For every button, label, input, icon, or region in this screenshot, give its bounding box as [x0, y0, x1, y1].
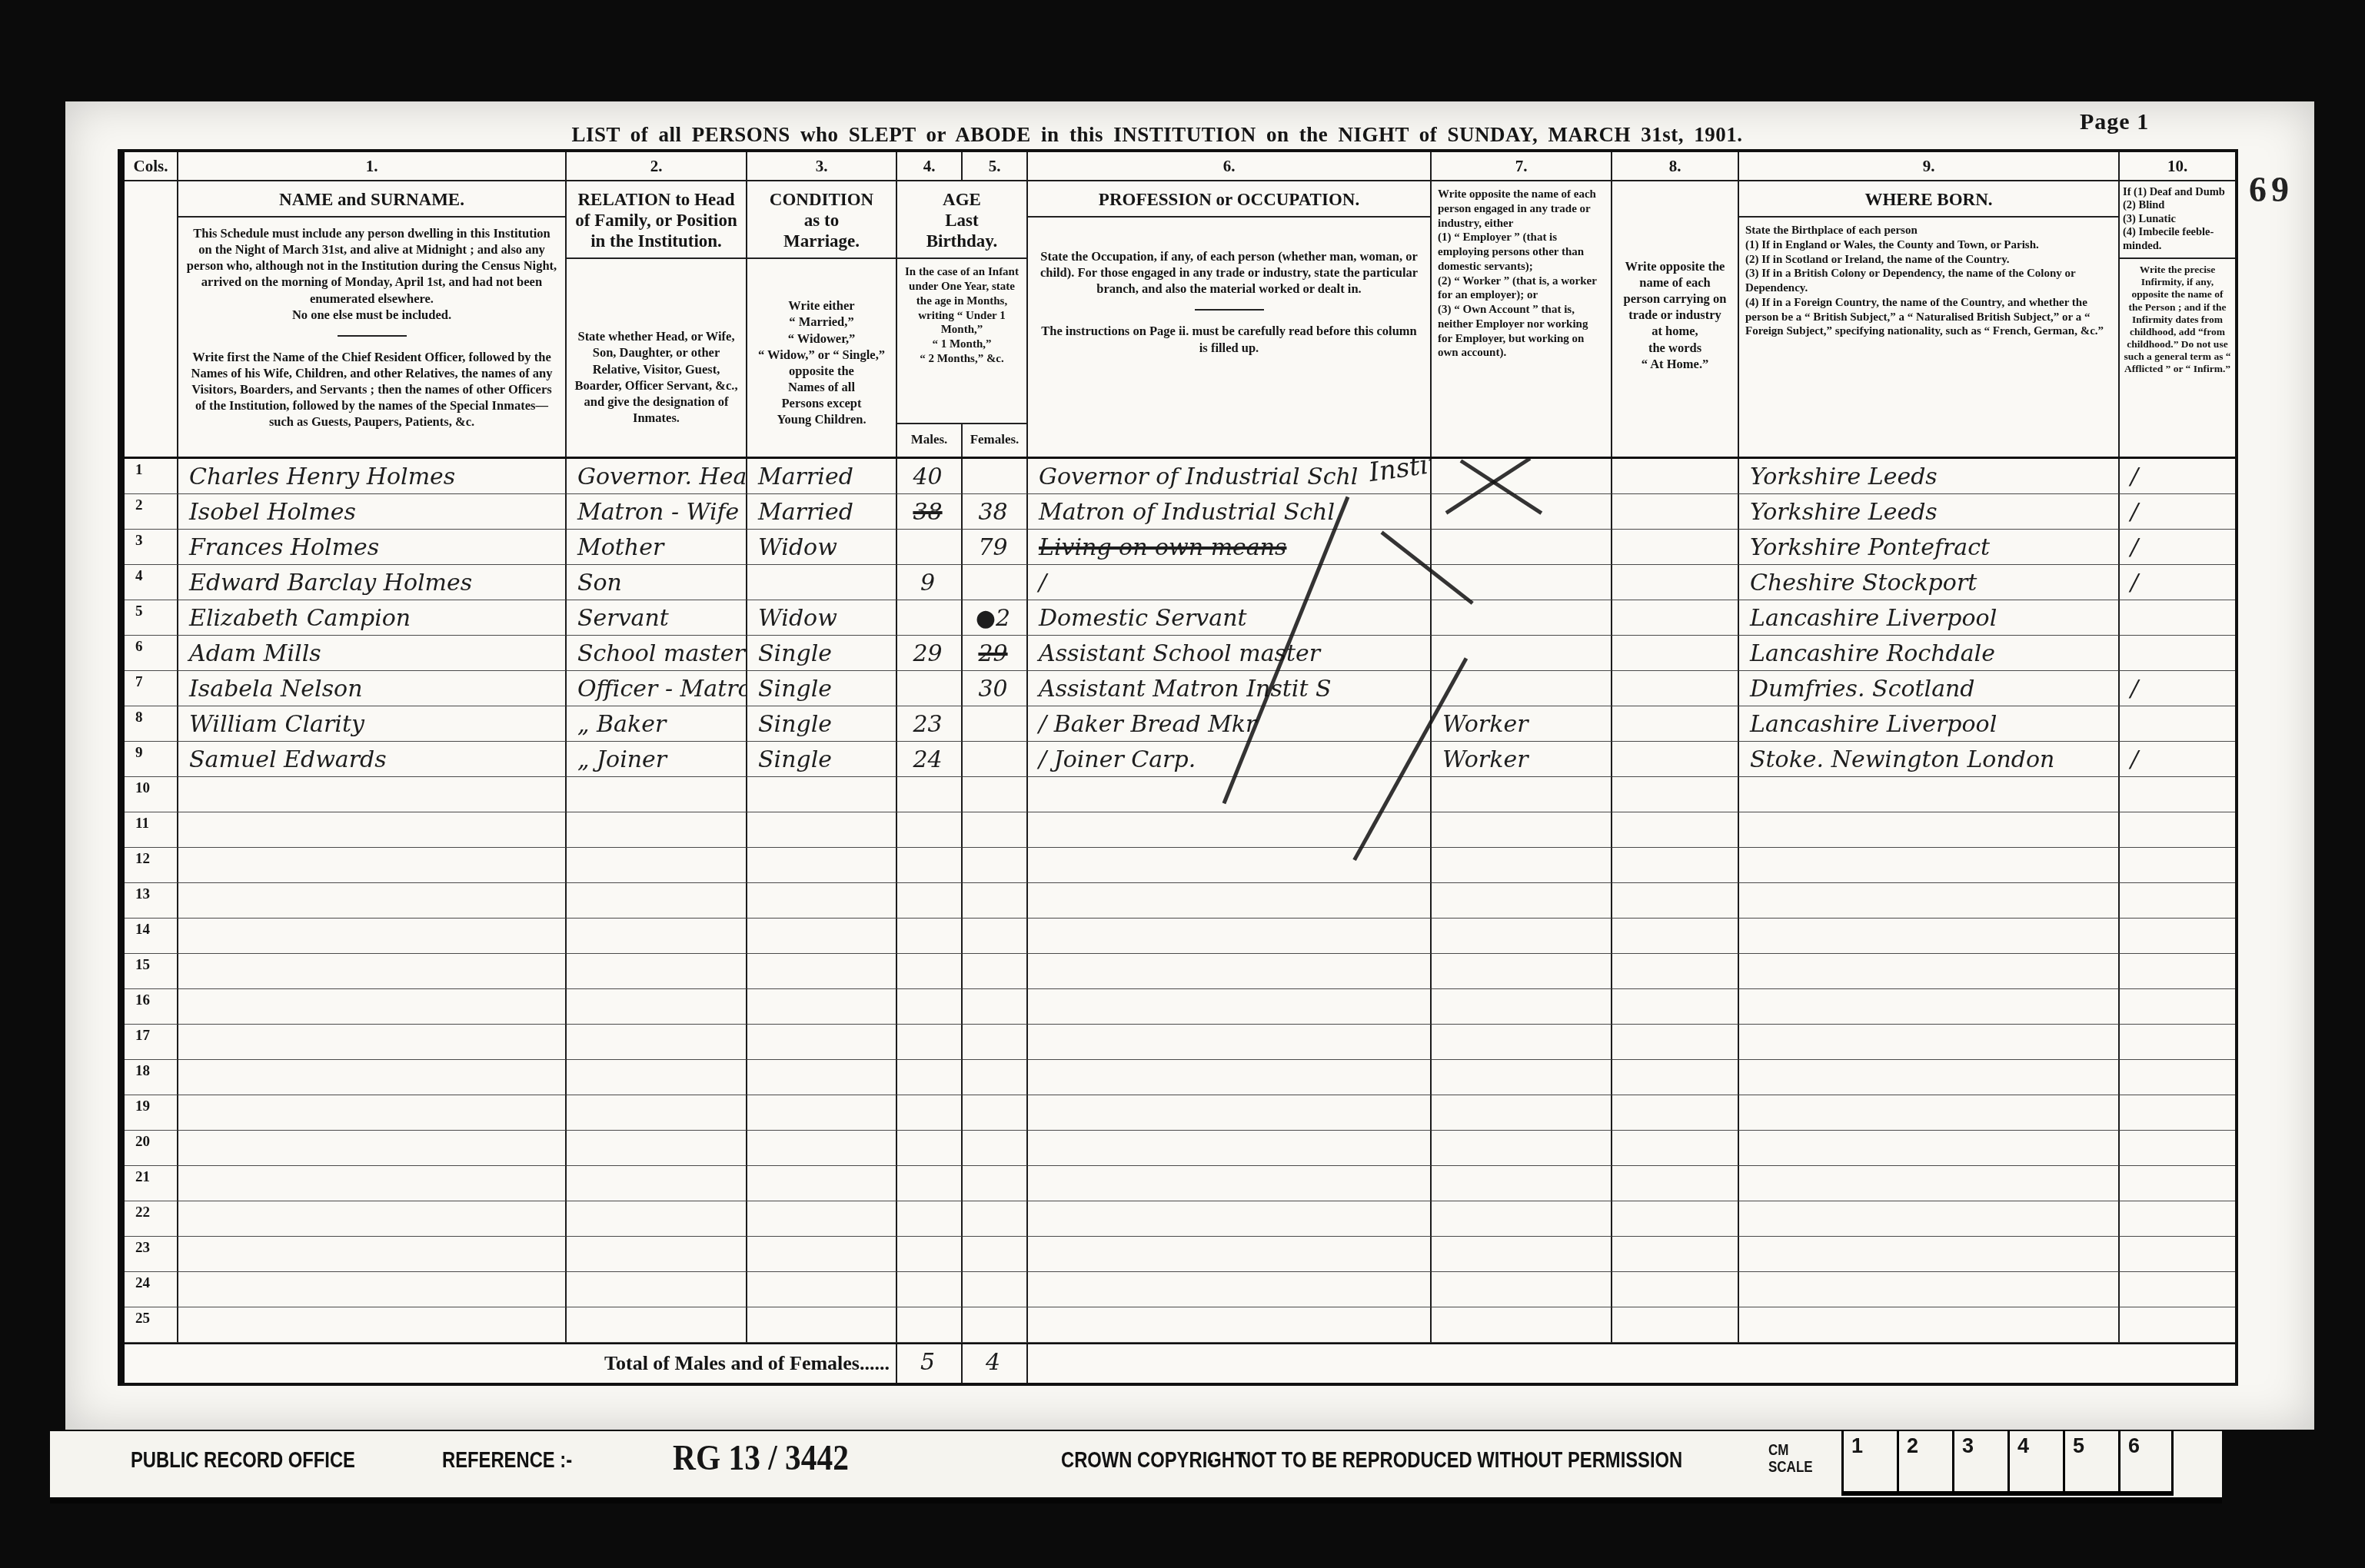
- employer-worker-cell: [1432, 636, 1612, 671]
- col-num-5: 5.: [963, 152, 1028, 180]
- at-home-cell: [1612, 636, 1739, 671]
- age-females-cell: [963, 812, 1028, 848]
- condition-cell: [747, 812, 897, 848]
- table-row: 7 Isabela Nelson Officer - Matron Single…: [125, 671, 2235, 706]
- where-born-cell: Cheshire Stockport: [1739, 565, 2120, 600]
- at-home-cell: [1612, 848, 1739, 883]
- age-males-cell: [897, 1025, 963, 1060]
- header-employer-worker: Write opposite the name of each person e…: [1432, 181, 1612, 457]
- row-number: 6: [125, 636, 178, 671]
- ruler-tick: 4: [2007, 1431, 2063, 1491]
- header-at-home: Write opposite the name of each person c…: [1612, 181, 1739, 457]
- infirmity-cell: [2120, 1237, 2235, 1272]
- header-where-born-instructions: State the Birthplace of each person (1) …: [1739, 218, 2118, 345]
- name-cell: [178, 848, 567, 883]
- relation-cell: Governor. Head: [567, 459, 747, 494]
- col-num-10: 10.: [2120, 152, 2235, 180]
- employer-worker-cell: [1432, 883, 1612, 919]
- relation-cell: [567, 1025, 747, 1060]
- relation-cell: [567, 1237, 747, 1272]
- where-born-cell: [1739, 1307, 2120, 1343]
- employer-worker-cell: [1432, 1025, 1612, 1060]
- age-females-cell: [963, 565, 1028, 600]
- employer-worker-cell: [1432, 989, 1612, 1025]
- condition-cell: [747, 777, 897, 812]
- at-home-cell: [1612, 565, 1739, 600]
- infirmity-cell: /: [2120, 494, 2235, 530]
- occupation-cell: [1028, 1095, 1432, 1131]
- infirmity-cell: [2120, 812, 2235, 848]
- row-number: 16: [125, 989, 178, 1025]
- employer-worker-cell: [1432, 1166, 1612, 1201]
- relation-cell: „ Joiner: [567, 742, 747, 777]
- ruler-tick: 6: [2118, 1431, 2174, 1491]
- header-where-born: WHERE BORN. State the Birthplace of each…: [1739, 181, 2120, 457]
- occupation-cell: [1028, 1060, 1432, 1095]
- relation-cell: Son: [567, 565, 747, 600]
- condition-cell: Single: [747, 636, 897, 671]
- infirmity-cell: [2120, 706, 2235, 742]
- age-females-cell: [963, 1060, 1028, 1095]
- row-number: 13: [125, 883, 178, 919]
- header-infirmity: If (1) Deaf and Dumb (2) Blind (3) Lunat…: [2120, 181, 2235, 457]
- occupation-cell: Living on own means: [1028, 530, 1432, 565]
- employer-worker-cell: [1432, 1272, 1612, 1307]
- total-spacer: [1028, 1344, 2235, 1383]
- relation-cell: [567, 989, 747, 1025]
- relation-cell: [567, 1272, 747, 1307]
- condition-cell: [747, 883, 897, 919]
- occupation-cell: [1028, 777, 1432, 812]
- table-row: 4 Edward Barclay Holmes Son 9 / Cheshire…: [125, 565, 2235, 600]
- relation-cell: [567, 1307, 747, 1343]
- infirmity-cell: [2120, 883, 2235, 919]
- employer-worker-cell: [1432, 848, 1612, 883]
- age-females-cell: 30: [963, 671, 1028, 706]
- occupation-text: Assistant Matron Instit S: [1039, 676, 1332, 703]
- at-home-cell: [1612, 1095, 1739, 1131]
- table-row: 11: [125, 812, 2235, 848]
- where-born-cell: Yorkshire Pontefract: [1739, 530, 2120, 565]
- table-row: 25: [125, 1307, 2235, 1343]
- row-number: 24: [125, 1272, 178, 1307]
- table-row: 19: [125, 1095, 2235, 1131]
- where-born-cell: [1739, 812, 2120, 848]
- employer-worker-cell: [1432, 530, 1612, 565]
- name-cell: [178, 1095, 567, 1131]
- employer-worker-cell: Worker: [1432, 742, 1612, 777]
- column-header-row: NAME and SURNAME. This Schedule must inc…: [125, 181, 2235, 459]
- census-sheet: Page 1 69 LIST of all PERSONS who SLEPT …: [65, 101, 2314, 1430]
- table-body: 1 Charles Henry Holmes Governor. Head Ma…: [125, 459, 2235, 1343]
- name-cell: [178, 1307, 567, 1343]
- relation-cell: „ Baker: [567, 706, 747, 742]
- where-born-cell: [1739, 919, 2120, 954]
- row-number: 14: [125, 919, 178, 954]
- age-males-cell: [897, 1201, 963, 1237]
- employer-worker-cell: [1432, 1307, 1612, 1343]
- infirmity-cell: [2120, 1201, 2235, 1237]
- employer-worker-cell: Worker: [1432, 706, 1612, 742]
- where-born-cell: Yorkshire Leeds: [1739, 459, 2120, 494]
- table-row: 13: [125, 883, 2235, 919]
- occupation-cell: [1028, 919, 1432, 954]
- name-cell: [178, 812, 567, 848]
- where-born-cell: [1739, 954, 2120, 989]
- occupation-text: /: [1039, 570, 1046, 596]
- header-males-label: Males.: [897, 424, 963, 457]
- table-row: 21: [125, 1166, 2235, 1201]
- condition-cell: [747, 1307, 897, 1343]
- divider: [1195, 309, 1264, 311]
- employer-worker-cell: [1432, 1095, 1612, 1131]
- age-females-cell: [963, 1025, 1028, 1060]
- employer-worker-cell: [1432, 600, 1612, 636]
- at-home-cell: [1612, 954, 1739, 989]
- occupation-cell: [1028, 1131, 1432, 1166]
- at-home-cell: [1612, 671, 1739, 706]
- age-females-cell: 38: [963, 494, 1028, 530]
- occupation-cell: [1028, 1201, 1432, 1237]
- age-males-cell: [897, 600, 963, 636]
- relation-cell: [567, 919, 747, 954]
- header-relation-title: RELATION to Head of Family, or Position …: [567, 181, 746, 259]
- header-infirmity-title: If (1) Deaf and Dumb (2) Blind (3) Lunat…: [2120, 181, 2235, 259]
- age-males-cell: 40: [897, 459, 963, 494]
- condition-cell: [747, 565, 897, 600]
- occupation-cell: [1028, 848, 1432, 883]
- age-females-cell: [963, 1237, 1028, 1272]
- at-home-cell: [1612, 1201, 1739, 1237]
- employer-worker-cell: [1432, 954, 1612, 989]
- employer-worker-cell: [1432, 1131, 1612, 1166]
- occupation-cell: /: [1028, 565, 1432, 600]
- infirmity-cell: [2120, 848, 2235, 883]
- relation-cell: Officer - Matron: [567, 671, 747, 706]
- table-row: 14: [125, 919, 2235, 954]
- age-females-cell: [963, 777, 1028, 812]
- infirmity-cell: /: [2120, 459, 2235, 494]
- age-males-cell: [897, 1307, 963, 1343]
- infirmity-cell: [2120, 1272, 2235, 1307]
- infirmity-cell: [2120, 1025, 2235, 1060]
- condition-cell: Married: [747, 459, 897, 494]
- name-cell: [178, 1166, 567, 1201]
- occupation-cell: Domestic Servant: [1028, 600, 1432, 636]
- header-age-sub-row: Males. Females.: [897, 423, 1026, 457]
- occupation-cell: [1028, 1166, 1432, 1201]
- total-males: 5: [897, 1344, 963, 1383]
- ruler-tick: 2: [1897, 1431, 1952, 1491]
- age-females-cell: 79: [963, 530, 1028, 565]
- total-females: 4: [963, 1344, 1028, 1383]
- total-row: Total of Males and of Females...... 5 4: [125, 1343, 2235, 1383]
- header-profession-instructions-a: State the Occupation, if any, of each pe…: [1028, 241, 1430, 304]
- name-cell: [178, 1201, 567, 1237]
- occupation-text: Living on own means: [1039, 534, 1286, 561]
- where-born-cell: Lancashire Rochdale: [1739, 636, 2120, 671]
- condition-cell: [747, 1166, 897, 1201]
- age-males-cell: [897, 989, 963, 1025]
- occupation-text: Domestic Servant: [1039, 605, 1247, 632]
- col-num-9: 9.: [1739, 152, 2120, 180]
- total-label: Total of Males and of Females......: [125, 1344, 897, 1383]
- name-cell: William Clarity: [178, 706, 567, 742]
- name-cell: Elizabeth Campion: [178, 600, 567, 636]
- header-profession-instructions-b: The instructions on Page ii. must be car…: [1028, 315, 1430, 363]
- occupation-cell: / Baker Bread Mkr: [1028, 706, 1432, 742]
- age-females-cell: 29: [963, 636, 1028, 671]
- infirmity-cell: [2120, 989, 2235, 1025]
- occupation-cell: [1028, 1307, 1432, 1343]
- condition-cell: Single: [747, 742, 897, 777]
- infirmity-cell: [2120, 954, 2235, 989]
- age-males-cell: [897, 883, 963, 919]
- name-cell: [178, 1237, 567, 1272]
- infirmity-cell: [2120, 919, 2235, 954]
- age-females-cell: [963, 1307, 1028, 1343]
- occupation-cell: Matron of Industrial Schl: [1028, 494, 1432, 530]
- infirmity-cell: [2120, 1060, 2235, 1095]
- header-at-home-instructions: Write opposite the name of each person c…: [1612, 251, 1738, 380]
- age-males-cell: [897, 812, 963, 848]
- relation-cell: [567, 1166, 747, 1201]
- infirmity-cell: /: [2120, 671, 2235, 706]
- employer-worker-cell: [1432, 919, 1612, 954]
- occupation-cell: [1028, 812, 1432, 848]
- table-row: 20: [125, 1131, 2235, 1166]
- infirmity-cell: [2120, 1095, 2235, 1131]
- name-cell: [178, 1272, 567, 1307]
- table-row: 1 Charles Henry Holmes Governor. Head Ma…: [125, 459, 2235, 494]
- condition-cell: [747, 919, 897, 954]
- header-condition-instructions: Write either “ Married,” “ Widower,” “ W…: [747, 290, 896, 435]
- relation-cell: Mother: [567, 530, 747, 565]
- row-number: 25: [125, 1307, 178, 1343]
- where-born-cell: [1739, 848, 2120, 883]
- row-number: 1: [125, 459, 178, 494]
- infirmity-cell: [2120, 1131, 2235, 1166]
- age-males-cell: [897, 1272, 963, 1307]
- employer-worker-cell: [1432, 1237, 1612, 1272]
- where-born-cell: Yorkshire Leeds: [1739, 494, 2120, 530]
- table-row: 10: [125, 777, 2235, 812]
- where-born-cell: [1739, 883, 2120, 919]
- header-profession: PROFESSION or OCCUPATION. State the Occu…: [1028, 181, 1432, 457]
- occupation-text: Governor of Industrial Schl: [1039, 463, 1358, 490]
- ruler-tick: 3: [1952, 1431, 2007, 1491]
- age-males-cell: [897, 848, 963, 883]
- header-employer-worker-instructions: Write opposite the name of each person e…: [1432, 181, 1611, 367]
- age-males-cell: 9: [897, 565, 963, 600]
- header-relation-instructions: State whether Head, or Wife, Son, Daught…: [567, 321, 746, 434]
- where-born-cell: [1739, 777, 2120, 812]
- age-females-cell: [963, 1131, 1028, 1166]
- name-cell: Samuel Edwards: [178, 742, 567, 777]
- age-females-cell: [963, 848, 1028, 883]
- row-number: 18: [125, 1060, 178, 1095]
- infirmity-cell: [2120, 1166, 2235, 1201]
- relation-cell: [567, 1201, 747, 1237]
- employer-worker-cell: [1432, 459, 1612, 494]
- where-born-cell: [1739, 1166, 2120, 1201]
- row-number: 23: [125, 1237, 178, 1272]
- age-females-cell: [963, 742, 1028, 777]
- where-born-cell: [1739, 1060, 2120, 1095]
- header-infirmity-instructions: Write the precise Infirmity, if any, opp…: [2120, 259, 2235, 380]
- at-home-cell: [1612, 742, 1739, 777]
- relation-cell: School master: [567, 636, 747, 671]
- age-males-cell: [897, 1166, 963, 1201]
- at-home-cell: [1612, 494, 1739, 530]
- at-home-cell: [1612, 1307, 1739, 1343]
- row-number: 5: [125, 600, 178, 636]
- at-home-cell: [1612, 459, 1739, 494]
- row-number: 12: [125, 848, 178, 883]
- relation-cell: [567, 883, 747, 919]
- at-home-cell: [1612, 919, 1739, 954]
- infirmity-cell: [2120, 636, 2235, 671]
- name-cell: Isabela Nelson: [178, 671, 567, 706]
- employer-worker-cell: [1432, 671, 1612, 706]
- cm-scale-ruler: 1 2 3 4 5 6: [1841, 1431, 2174, 1496]
- occupation-cell: Assistant Matron Instit S: [1028, 671, 1432, 706]
- table-row: 6 Adam Mills School master Single 29 29 …: [125, 636, 2235, 671]
- relation-cell: [567, 1095, 747, 1131]
- name-cell: [178, 954, 567, 989]
- table-row: 8 William Clarity „ Baker Single 23 / Ba…: [125, 706, 2235, 742]
- at-home-cell: [1612, 1025, 1739, 1060]
- archive-footer-bar: PUBLIC RECORD OFFICE REFERENCE :- RG 13 …: [50, 1431, 2222, 1503]
- where-born-cell: Stoke. Newington London: [1739, 742, 2120, 777]
- age-females-cell: [963, 919, 1028, 954]
- occupation-cell: [1028, 1025, 1432, 1060]
- at-home-cell: [1612, 812, 1739, 848]
- age-females-cell: [963, 1272, 1028, 1307]
- table-row: 18: [125, 1060, 2235, 1095]
- table-row: 15: [125, 954, 2235, 989]
- at-home-cell: [1612, 989, 1739, 1025]
- row-number: 2: [125, 494, 178, 530]
- employer-worker-cell: [1432, 777, 1612, 812]
- where-born-cell: [1739, 1201, 2120, 1237]
- condition-cell: Single: [747, 706, 897, 742]
- infirmity-cell: /: [2120, 530, 2235, 565]
- infirmity-cell: /: [2120, 742, 2235, 777]
- age-males-cell: 24: [897, 742, 963, 777]
- occupation-cell: [1028, 989, 1432, 1025]
- where-born-cell: Lancashire Liverpool: [1739, 706, 2120, 742]
- relation-cell: [567, 1131, 747, 1166]
- condition-cell: [747, 989, 897, 1025]
- at-home-cell: [1612, 1166, 1739, 1201]
- condition-cell: [747, 1237, 897, 1272]
- row-number: 11: [125, 812, 178, 848]
- table-row: 24: [125, 1272, 2235, 1307]
- relation-cell: [567, 777, 747, 812]
- header-where-born-title: WHERE BORN.: [1739, 181, 2118, 218]
- row-number: 7: [125, 671, 178, 706]
- column-number-row: Cols. 1. 2. 3. 4. 5. 6. 7. 8. 9. 10.: [125, 152, 2235, 181]
- relation-cell: [567, 1060, 747, 1095]
- condition-cell: [747, 848, 897, 883]
- where-born-cell: [1739, 1237, 2120, 1272]
- name-cell: Edward Barclay Holmes: [178, 565, 567, 600]
- relation-cell: [567, 812, 747, 848]
- occupation-text: / Baker Bread Mkr: [1039, 711, 1256, 738]
- age-males-cell: [897, 671, 963, 706]
- relation-cell: [567, 954, 747, 989]
- header-name-instructions-a: This Schedule must include any person dw…: [178, 218, 565, 331]
- name-cell: [178, 777, 567, 812]
- row-number: 21: [125, 1166, 178, 1201]
- row-number: 9: [125, 742, 178, 777]
- condition-cell: [747, 1201, 897, 1237]
- header-name-instructions-b: Write first the Name of the Chief Reside…: [178, 341, 565, 438]
- name-cell: [178, 919, 567, 954]
- infirmity-cell: [2120, 600, 2235, 636]
- age-males-cell: 23: [897, 706, 963, 742]
- ruler-tick: 5: [2063, 1431, 2118, 1491]
- age-females-cell: [963, 883, 1028, 919]
- document-title: LIST of all PERSONS who SLEPT or ABODE i…: [196, 123, 2118, 147]
- row-number: 15: [125, 954, 178, 989]
- row-number: 22: [125, 1201, 178, 1237]
- ruler-tick: 1: [1841, 1431, 1897, 1491]
- col-num-4: 4.: [897, 152, 963, 180]
- condition-cell: [747, 1060, 897, 1095]
- age-males-cell: [897, 919, 963, 954]
- age-males-cell: 38: [897, 494, 963, 530]
- where-born-cell: Lancashire Liverpool: [1739, 600, 2120, 636]
- row-number: 10: [125, 777, 178, 812]
- name-cell: Isobel Holmes: [178, 494, 567, 530]
- age-males-cell: [897, 1237, 963, 1272]
- name-cell: [178, 1131, 567, 1166]
- at-home-cell: [1612, 600, 1739, 636]
- at-home-cell: [1612, 777, 1739, 812]
- occupation-note: Instit KS: [1366, 459, 1432, 490]
- scanned-census-page: Page 1 69 LIST of all PERSONS who SLEPT …: [0, 0, 2365, 1568]
- name-cell: Charles Henry Holmes: [178, 459, 567, 494]
- age-males-cell: [897, 777, 963, 812]
- name-cell: Frances Holmes: [178, 530, 567, 565]
- header-name: NAME and SURNAME. This Schedule must inc…: [178, 181, 567, 457]
- row-number: 17: [125, 1025, 178, 1060]
- age-females-cell: [963, 706, 1028, 742]
- footer-copyright: CROWN COPYRIGHT: [1061, 1448, 1246, 1473]
- age-males-cell: [897, 530, 963, 565]
- condition-cell: Single: [747, 671, 897, 706]
- col-num-7: 7.: [1432, 152, 1612, 180]
- col-num-3: 3.: [747, 152, 897, 180]
- age-females-cell: [963, 1166, 1028, 1201]
- age-females-cell: [963, 1095, 1028, 1131]
- where-born-cell: [1739, 1272, 2120, 1307]
- where-born-cell: [1739, 1095, 2120, 1131]
- age-females-cell: ●2: [963, 600, 1028, 636]
- header-age: AGE Last Birthday. In the case of an Inf…: [897, 181, 1028, 457]
- table-row: 23: [125, 1237, 2235, 1272]
- occupation-cell: [1028, 883, 1432, 919]
- occupation-cell: / Joiner Carp.: [1028, 742, 1432, 777]
- footer-office: PUBLIC RECORD OFFICE: [131, 1448, 355, 1473]
- row-number: 3: [125, 530, 178, 565]
- table-row: 22: [125, 1201, 2235, 1237]
- age-males-cell: [897, 1131, 963, 1166]
- at-home-cell: [1612, 1131, 1739, 1166]
- condition-cell: [747, 954, 897, 989]
